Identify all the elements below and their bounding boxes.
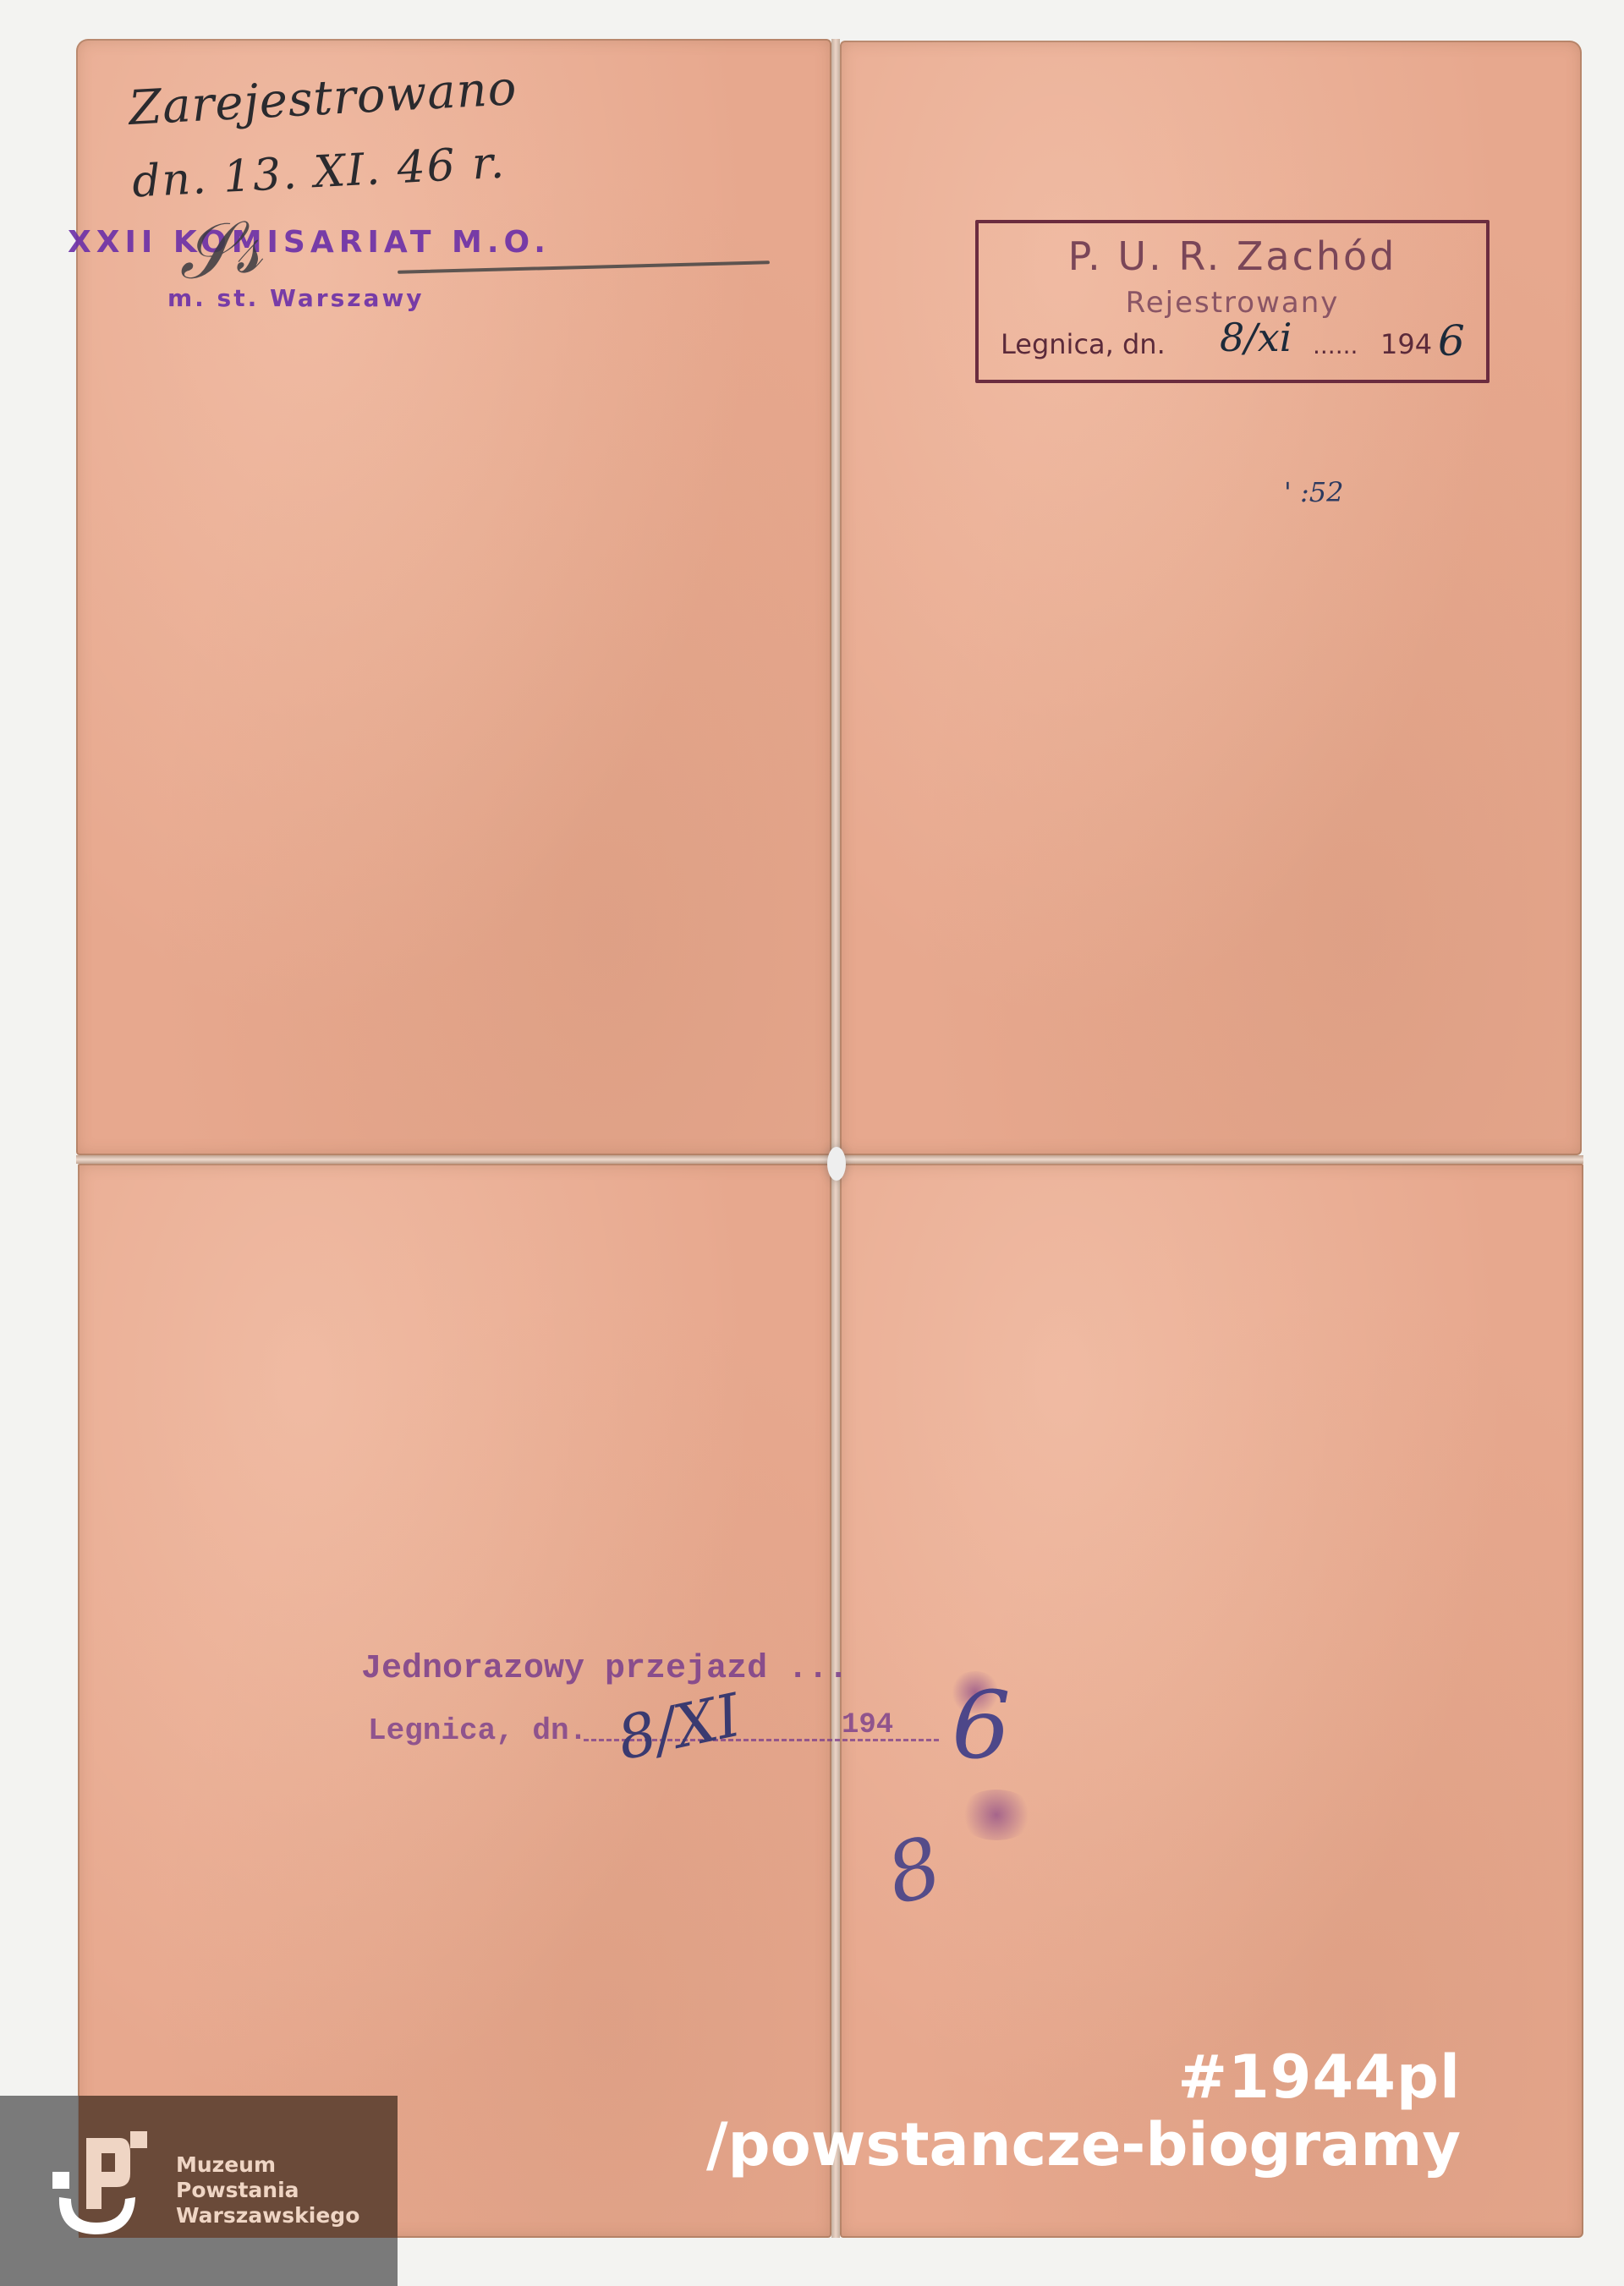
fold-wear-hole	[827, 1147, 846, 1181]
document: Zarejestrowano dn. 13. XI. 46 r. XXII KO…	[76, 39, 1582, 2238]
museum-name-line2: Powstania	[176, 2178, 299, 2203]
handwritten-year-digit: 6	[952, 1671, 1011, 1779]
stamp-pur-title: P. U. R. Zachód	[979, 233, 1486, 279]
handwritten-date: dn. 13. XI. 46 r.	[131, 137, 507, 207]
stamp-pur-year-digit: 6	[1438, 316, 1465, 365]
signature-stroke	[398, 260, 770, 274]
stamp-pass-year: 194	[842, 1709, 893, 1741]
kotwica-anchor-icon	[52, 2131, 154, 2241]
ink-marks: ' :52	[1284, 476, 1343, 508]
stamp-pur-zachod: P. U. R. Zachód Rejestrowany Legnica, dn…	[975, 220, 1490, 383]
vertical-fold	[831, 39, 840, 2238]
stamp-pur-year: 194	[1380, 328, 1432, 360]
hashtag-label: #1944pl	[1177, 2042, 1461, 2112]
ink-smudge	[958, 1790, 1034, 1840]
stamp-pur-place: Legnica, dn.	[1001, 328, 1166, 360]
stamp-pur-date: 8/xi	[1220, 315, 1292, 360]
museum-name-line1: Muzeum	[176, 2152, 276, 2178]
panel-top-left: Zarejestrowano dn. 13. XI. 46 r. XXII KO…	[76, 39, 831, 1155]
biography-path-label: /powstancze-biogramy	[706, 2110, 1461, 2179]
signature: 𝒮𝓈	[173, 204, 265, 299]
panel-top-right: P. U. R. Zachód Rejestrowany Legnica, dn…	[840, 41, 1582, 1155]
stamp-pur-dots: ......	[1313, 332, 1358, 359]
handwritten-registered: Zarejestrowano	[128, 61, 518, 136]
stamp-komisariat: XXII KOMISARIAT M.O.	[68, 225, 551, 260]
stamp-pass-place: Legnica, dn.	[368, 1713, 587, 1748]
stamp-one-time-pass: Jednorazowy przejazd ...	[361, 1650, 848, 1688]
museum-name-line3: Warszawskiego	[176, 2203, 359, 2228]
